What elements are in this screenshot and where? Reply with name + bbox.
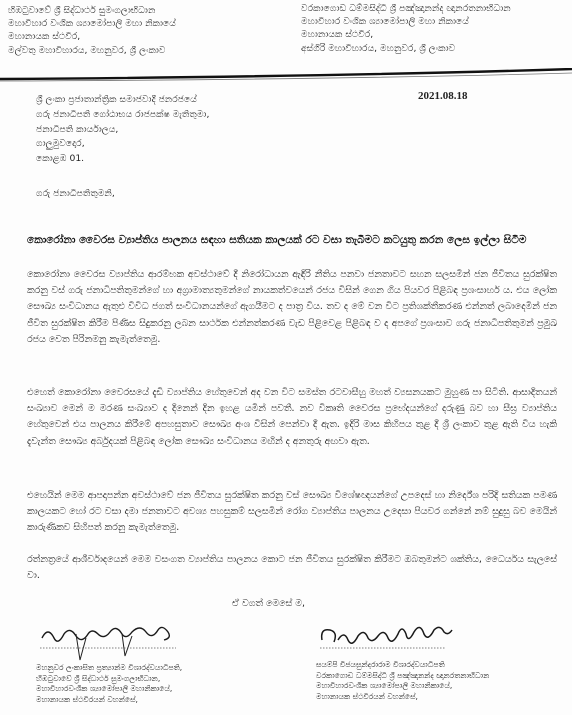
- letterhead-right-line: අස්ගිරි මහාවිහාරය, මහනුවර, ශ්‍රී ලංකාව: [301, 42, 569, 55]
- recipient-line: ගාලුමුවදොර,: [36, 137, 209, 152]
- letterhead-left: හිඹටුවාවේ ශ්‍රී සිද්ධාර්ථ සුමංගලාභිධාන ම…: [8, 4, 278, 57]
- salutation: ගරු ජනාධිපතිතුමනි,: [36, 188, 115, 199]
- signatory-right-details: සයම්පි විජයසුන්දරාරාම විශාරද්වයාධිපති වර…: [316, 660, 489, 702]
- recipient-line: කොළඹ 01.: [36, 152, 209, 167]
- body-paragraph: රත්නත්‍රයේ ආශීර්වාදයෙන් මෙම වසංගත ව්‍යාප…: [27, 552, 557, 584]
- body-paragraph: කොරෝනා වෛරස ව්‍යාප්තිය ආරම්භක අවස්ථාවේ ද…: [27, 267, 557, 348]
- body-paragraph: එහෙයින් මෙම ආපදාපන්න අවස්ථාවේ ජන ජීවිතය …: [27, 488, 557, 537]
- signatory-right-line: මහානායක ස්ථවිරයන් වහන්සේ,: [316, 692, 489, 703]
- signatory-left-line: මහානායක ස්ථවිරයන් වහන්සේ,: [36, 695, 182, 706]
- signatory-left-line: හිඹටුවාවේ ශ්‍රී සිද්ධාර්ථ සුමංගලාභිධාන,: [36, 674, 182, 685]
- letterhead-right-line: මහානායක ස්ථවිර,: [301, 28, 569, 41]
- letter-subject: කොරෝනා වෛරස ව්‍යාප්තිය පාලනය සඳහා සතියක …: [27, 232, 557, 249]
- closing-line: ඒ වගත් මෙසේ ම,: [232, 598, 305, 609]
- letter-date: 2021.08.18: [418, 90, 468, 102]
- recipient-address: ශ්‍රී ලංකා ප්‍රජාතාන්ත්‍රික සමාජවාදී ජනර…: [36, 93, 209, 167]
- letterhead-left-line: හිඹටුවාවේ ශ්‍රී සිද්ධාර්ථ සුමංගලාභිධාන: [8, 4, 278, 17]
- signatory-right-line: සයම්පි විජයසුන්දරාරාම විශාරද්වයාධිපති: [316, 660, 489, 671]
- signatory-left-details: මහනුවර ලංකාසිත ප්‍රත්‍යාන්ම විශාරද්වයාධි…: [36, 663, 182, 705]
- recipient-line: ජනාධිපති කාර්යාලය,: [36, 123, 209, 138]
- letterhead-right-line: මහාවිහාර වංශික ශ්‍යාමෝපාලි මහා නිකායේ: [301, 15, 569, 28]
- signatory-right-line: වරකාගොඩ ධම්මසිද්ධි ශ්‍රී පඤ්ඤානන්ද ඥානරත…: [316, 671, 489, 682]
- letterhead-left-line: මහානායක ස්ථවිර,: [8, 30, 278, 43]
- signatory-right-line: මහාවිහාරවංශික ශ්‍යාමෝපාලි මහානිකායේ,: [316, 681, 489, 692]
- recipient-line: ගරු ජනාධිපති ගෝඨාභය රාජපක්ෂ මැතිතුමා,: [36, 108, 209, 123]
- signatory-left-line: මහනුවර ලංකාසිත ප්‍රත්‍යාන්ම විශාරද්වයාධි…: [36, 663, 182, 674]
- signature-left: [36, 616, 186, 664]
- signatory-left-line: මහාවිහාරවංශික ශ්‍යාමෝපාලි මහානිකායේ,: [36, 684, 182, 695]
- recipient-line: ශ්‍රී ලංකා ප්‍රජාතාන්ත්‍රික සමාජවාදී ජනර…: [36, 93, 209, 108]
- letterhead-right: වරකාගොඩ ධම්මසිද්ධි ශ්‍රී පඤ්ඤානන්ද ඥානරත…: [301, 2, 569, 55]
- letterhead-divider: [0, 68, 572, 82]
- signature-right: [316, 620, 466, 660]
- letterhead-right-line: වරකාගොඩ ධම්මසිද්ධි ශ්‍රී පඤ්ඤානන්ද ඥානරත…: [301, 2, 569, 15]
- body-paragraph: එහෙත් කොරෝනා වෛරසයේ දැඩි ව්‍යාප්තිය හේතු…: [27, 385, 557, 450]
- letterhead-left-line: මල්වතු මහාවිහාරය, මහනුවර, ශ්‍රී ලංකාව: [8, 44, 278, 57]
- letterhead-left-line: මහාවිහාර වංශික ශ්‍යාමෝපාලි මහා නිකායේ: [8, 17, 278, 30]
- handwritten-signature-icon: [316, 620, 466, 660]
- letter-page: හිඹටුවාවේ ශ්‍රී සිද්ධාර්ථ සුමංගලාභිධාන ම…: [0, 0, 572, 715]
- handwritten-signature-icon: [36, 616, 186, 664]
